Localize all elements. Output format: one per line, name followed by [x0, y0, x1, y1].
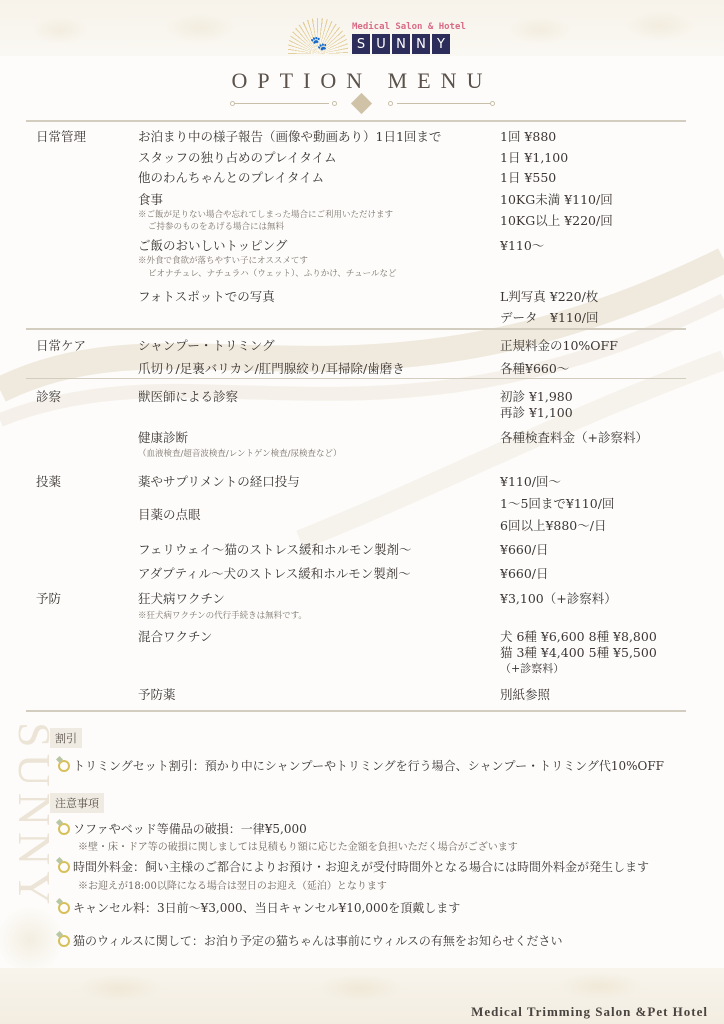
ring-bullet-icon [58, 861, 70, 873]
menu-item: フォトスポットでの写真 [138, 287, 275, 305]
menu-price: ¥110/回～ [500, 472, 561, 490]
note-subtext: ※お迎えが18:00以降になる場合は翌日のお迎え（延泊）となります [78, 877, 387, 892]
note-text: 猫のウィルスに関して：お泊り予定の猫ちゃんは事前にウィルスの有無をお知らせくださ… [73, 932, 562, 949]
note-text: キャンセル料：3日前～¥3,000、当日キャンセル¥10,000を頂戴します [73, 899, 460, 916]
ornament-line [234, 103, 329, 104]
menu-price: 10KG未満 ¥110/回 [500, 190, 613, 208]
menu-price: 各種検査料金（+診察料） [500, 428, 648, 446]
category-label: 予防 [36, 589, 61, 607]
logo-letter: S [352, 34, 370, 54]
menu-item: お泊まり中の様子報告（画像や動画あり）1日1回まで [138, 127, 441, 145]
discount-text: トリミングセット割引：預かり中にシャンプーやトリミングを行う場合、シャンプー・ト… [73, 757, 664, 774]
menu-price: 1～5回まで¥110/回 [500, 494, 614, 512]
ornament-dot-icon [388, 101, 393, 106]
ornament-line [397, 103, 492, 104]
menu-price: 猫 3種 ¥4,400 5種 ¥5,500 [500, 643, 657, 661]
menu-item: 他のわんちゃんとのプレイタイム [138, 168, 324, 186]
menu-price: 1日 ¥1,100 [500, 148, 568, 166]
note-item: 猫のウィルスに関して：お泊り予定の猫ちゃんは事前にウィルスの有無をお知らせくださ… [58, 932, 562, 949]
menu-item: 獣医師による診察 [138, 387, 238, 405]
menu-item: 狂犬病ワクチン [138, 589, 225, 607]
section-divider [26, 328, 686, 330]
menu-note: ※狂犬病ワクチンの代行手続きは無料です。 [138, 609, 307, 621]
note-text: ソファやベッド等備品の破損：一律¥5,000 [73, 820, 307, 837]
logo-letter: N [412, 34, 430, 54]
diamond-icon [351, 93, 372, 114]
pets-icon: 🐾 [310, 36, 324, 52]
menu-price: ¥660/日 [500, 564, 549, 582]
logo-letter: N [392, 34, 410, 54]
title-ornament [228, 93, 498, 115]
menu-price: 再診 ¥1,100 [500, 403, 573, 421]
logo: 🐾 Medical Salon & Hotel S U N N Y [288, 6, 468, 56]
logo-letter: Y [432, 34, 450, 54]
logo-letter: U [372, 34, 390, 54]
menu-price: 正規料金の10%OFF [500, 336, 618, 354]
wave-decoration [0, 240, 724, 580]
page-title: OPTION MENU [0, 68, 724, 94]
menu-item: 薬やサプリメントの経口投与 [138, 472, 300, 490]
note-subtext: ※壁・床・ドア等の破損に関しましては見積もり額に応じた金額を負担いただく場合がご… [78, 838, 518, 853]
section-divider [26, 120, 686, 122]
note-text: 時間外料金：飼い主様のご都合によりお預け・お迎えが受付時間外となる場合には時間外… [73, 858, 649, 875]
menu-note: （血液検査/超音波検査/レントゲン検査/尿検査など） [138, 447, 342, 459]
menu-item: 予防薬 [138, 685, 176, 703]
ring-bullet-icon [58, 902, 70, 914]
menu-price: 6回以上¥880～/日 [500, 516, 606, 534]
menu-note: ご持参のものをあげる場合には無料 [148, 220, 284, 232]
menu-price: データ ¥110/回 [500, 308, 599, 326]
menu-item: 食事 [138, 190, 163, 208]
category-label: 投薬 [36, 472, 61, 490]
menu-item: 混合ワクチン [138, 627, 212, 645]
menu-item: ご飯のおいしいトッピング [138, 236, 287, 254]
ring-bullet-icon [58, 935, 70, 947]
ornament-dot-icon [490, 101, 495, 106]
menu-price: L判写真 ¥220/枚 [500, 287, 598, 305]
category-label: 日常管理 [36, 127, 86, 145]
note-item: ソファやベッド等備品の破損：一律¥5,000 [58, 820, 307, 837]
note-item: 時間外料金：飼い主様のご都合によりお預け・お迎えが受付時間外となる場合には時間外… [58, 858, 649, 875]
menu-item: 健康診断 [138, 428, 188, 446]
menu-note: ※外食で食欲が落ちやすい子にオススメてす [138, 254, 308, 266]
footer-tagline: Medical Trimming Salon &Pet Hotel [471, 1004, 708, 1020]
menu-item: 目薬の点眼 [138, 505, 201, 523]
menu-price: ¥110～ [500, 236, 544, 254]
discount-item: トリミングセット割引：預かり中にシャンプーやトリミングを行う場合、シャンプー・ト… [58, 757, 664, 774]
category-label: 診察 [36, 387, 61, 405]
menu-item: スタッフの独り占めのプレイタイム [138, 148, 337, 166]
menu-price: （+診察料） [500, 660, 564, 676]
menu-price: 10KG以上 ¥220/回 [500, 211, 613, 229]
category-label: 日常ケア [36, 336, 86, 354]
section-divider [26, 378, 686, 379]
menu-price: ¥660/日 [500, 540, 549, 558]
menu-note: ※ご飯が足りない場合や忘れてしまった場合にご利用いただけます [138, 208, 393, 220]
notes-label: 注意事項 [50, 793, 104, 813]
note-item: キャンセル料：3日前～¥3,000、当日キャンセル¥10,000を頂戴します [58, 899, 460, 916]
menu-price: ¥3,100（+診察料） [500, 589, 617, 607]
menu-item: シャンプー・トリミング [138, 336, 275, 354]
ring-bullet-icon [58, 760, 70, 772]
menu-price: 各種¥660～ [500, 359, 569, 377]
section-divider [26, 710, 686, 712]
ring-bullet-icon [58, 823, 70, 835]
menu-price: 別紙参照 [500, 685, 550, 703]
menu-item: 爪切り/足裏バリカン/肛門腺絞り/耳掃除/歯磨き [138, 359, 405, 377]
discount-label: 割引 [50, 728, 82, 748]
logo-subtitle: Medical Salon & Hotel [352, 22, 466, 32]
side-watermark: SUNNY [8, 722, 61, 910]
ornament-dot-icon [332, 101, 337, 106]
menu-price: 1回 ¥880 [500, 127, 556, 145]
menu-price: 1日 ¥550 [500, 168, 556, 186]
menu-item: フェリウェイ～猫のストレス緩和ホルモン製剤～ [138, 540, 412, 558]
logo-wordmark: S U N N Y [352, 34, 450, 54]
menu-note: ビオナチュレ、ナチュラハ（ウェット）、ふりかけ、チュールなど [148, 267, 396, 279]
menu-item: アダプティル～犬のストレス緩和ホルモン製剤～ [138, 564, 411, 582]
